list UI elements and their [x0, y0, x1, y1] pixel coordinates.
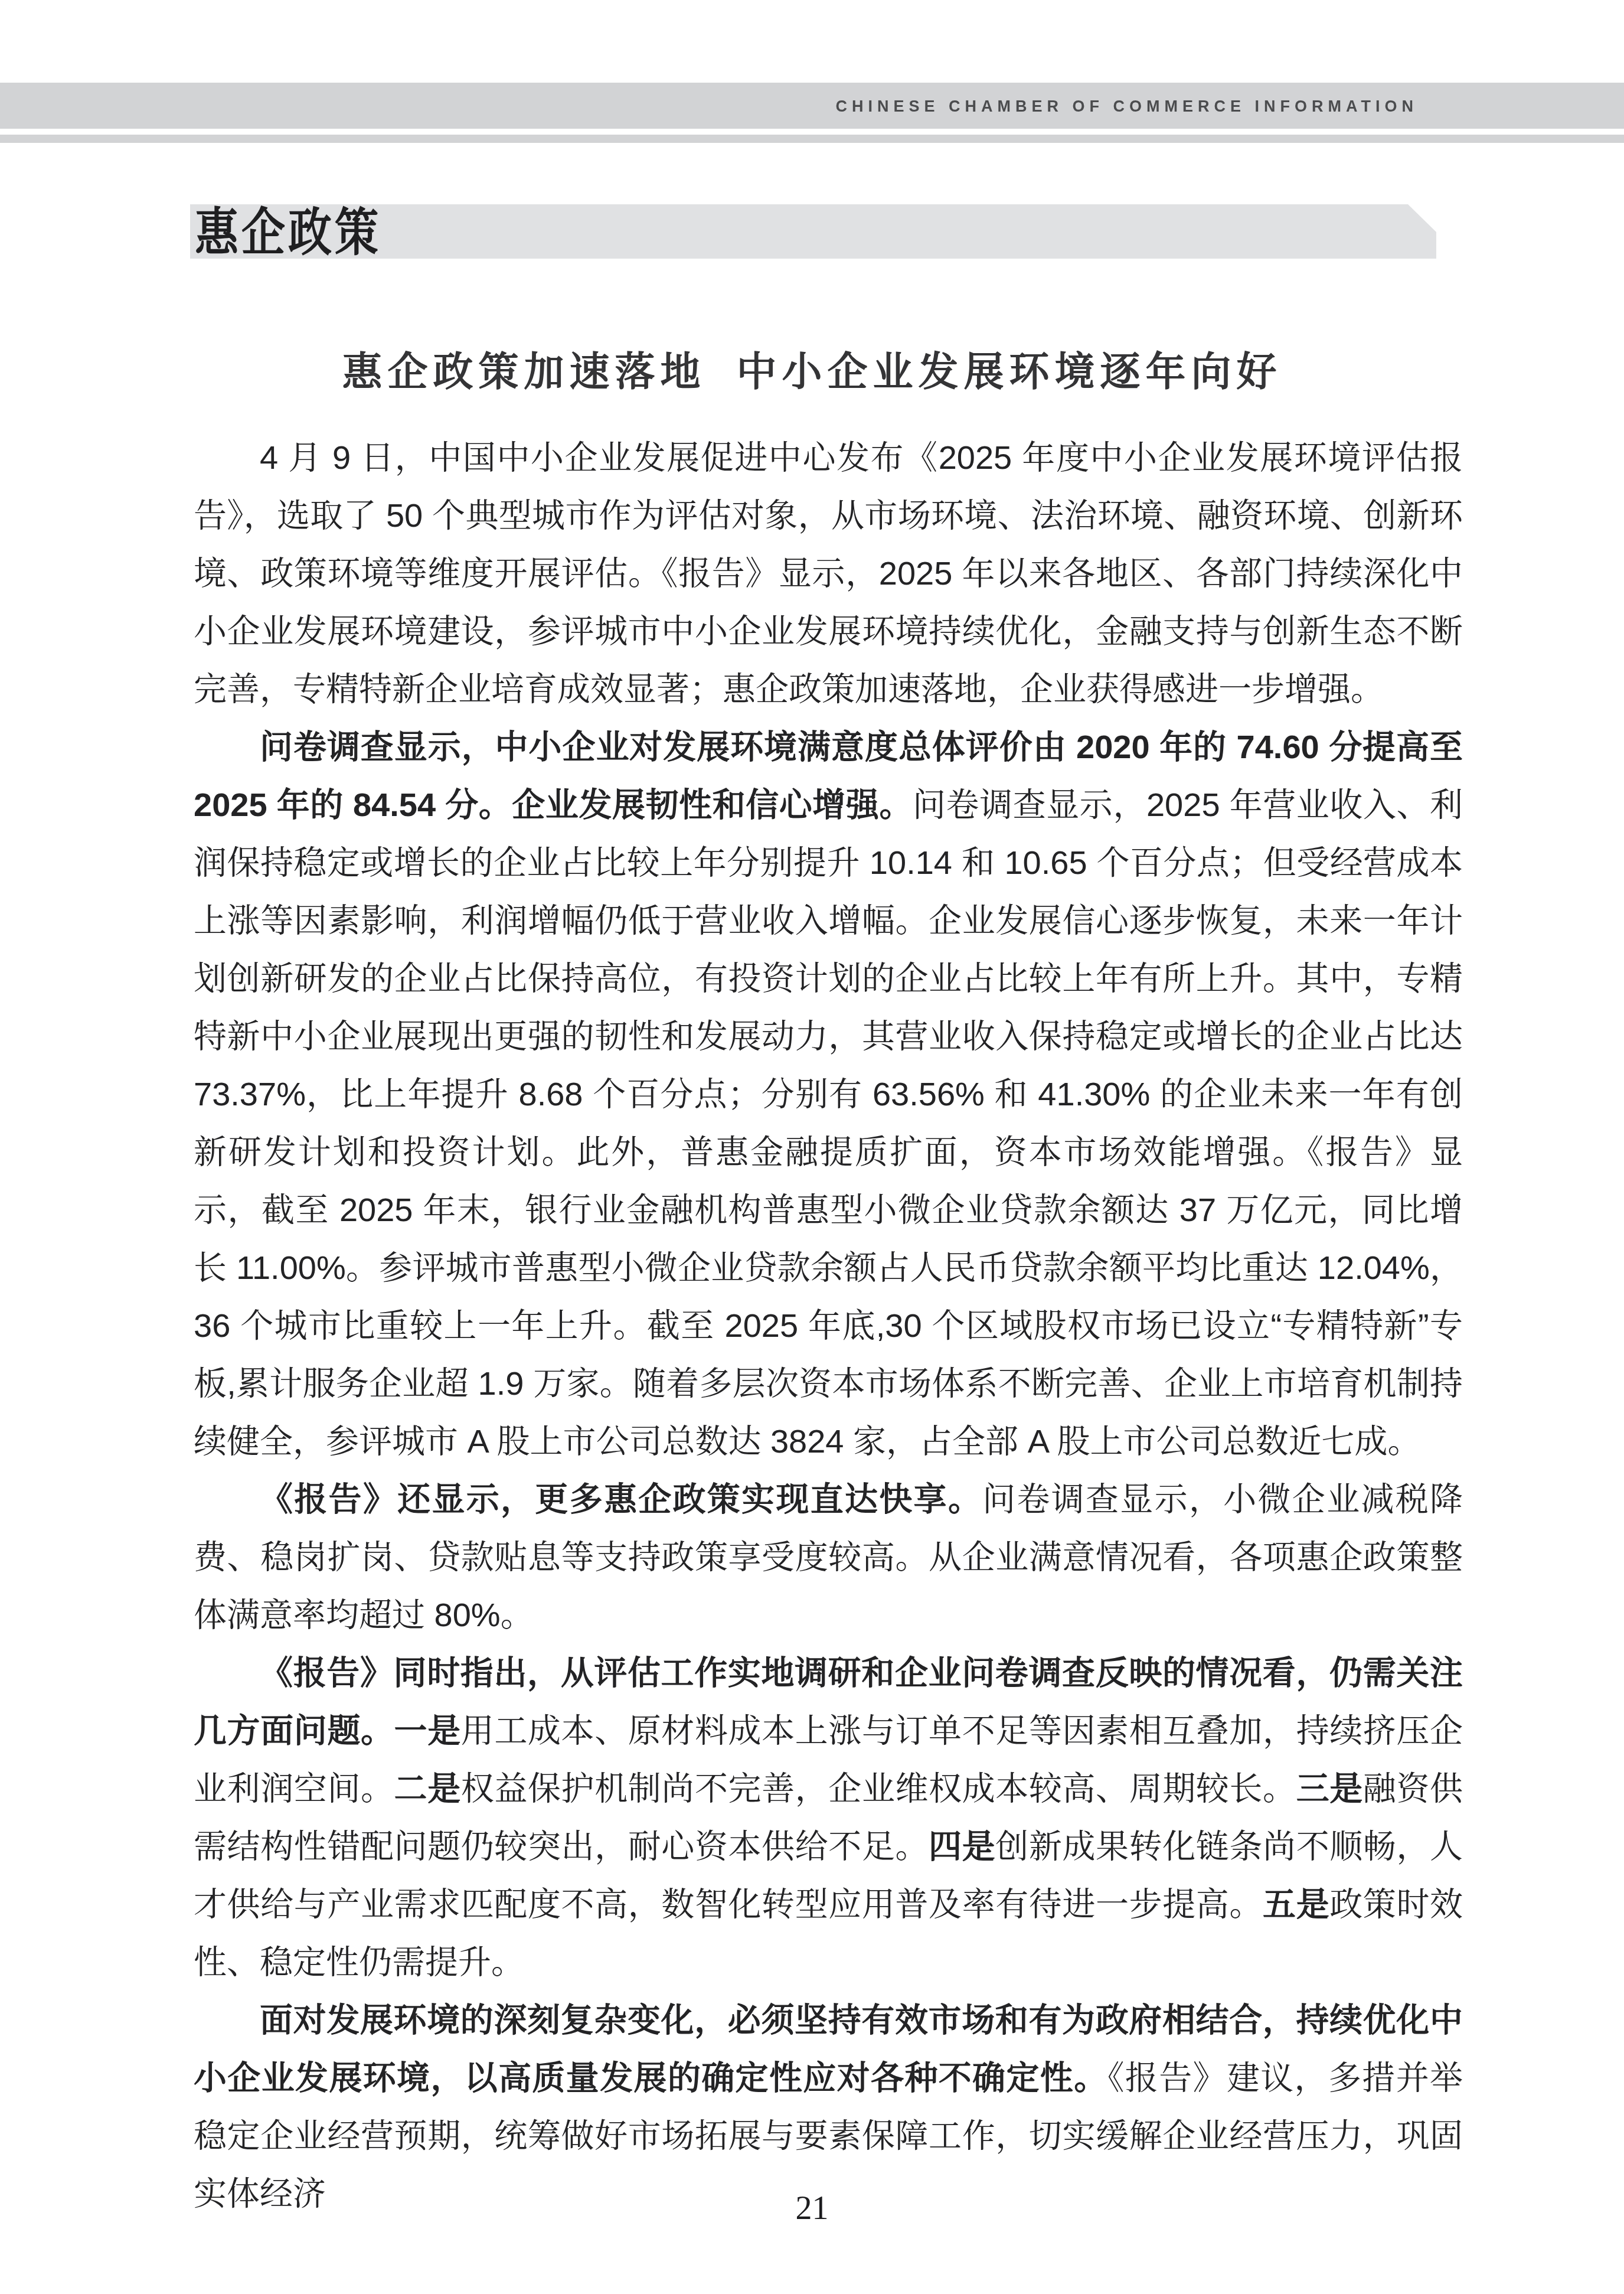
bold-text-segment: 三是 [1296, 1770, 1363, 1807]
article-paragraph: 《报告》还显示，更多惠企政策实现直达快享。问卷调查显示，小微企业减税降费、稳岗扩… [194, 1470, 1463, 1644]
text-segment: 问卷调查显示，2025 年营业收入、利润保持稳定或增长的企业占比较上年分别提升 … [194, 786, 1463, 1460]
text-segment: 4 月 9 日，中国中小企业发展促进中心发布《2025 年度中小企业发展环境评估… [194, 439, 1463, 707]
article-paragraph: 4 月 9 日，中国中小企业发展促进中心发布《2025 年度中小企业发展环境评估… [194, 429, 1463, 718]
article-title-part2: 中小企业发展环境逐年向好 [737, 350, 1282, 394]
bold-text-segment: 四是 [929, 1828, 995, 1865]
article-body: 4 月 9 日，中国中小企业发展促进中心发布《2025 年度中小企业发展环境评估… [194, 429, 1463, 2223]
section-banner: 惠企政策 [190, 204, 1436, 259]
bold-text-segment: 二是 [394, 1770, 461, 1807]
article-paragraph: 问卷调查显示，中小企业对发展环境满意度总体评价由 2020 年的 74.60 分… [194, 718, 1463, 1470]
bold-text-segment: 《报告》还显示，更多惠企政策实现直达快享。 [260, 1480, 982, 1518]
article-title-part1: 惠企政策加速落地 [342, 350, 705, 394]
header-brand-text: CHINESE CHAMBER OF COMMERCE INFORMATION [836, 83, 1419, 129]
bold-text-segment: 五是 [1263, 1885, 1329, 1923]
text-segment: 权益保护机制尚不完善，企业维权成本较高、周期较长。 [461, 1770, 1296, 1807]
article-paragraph: 《报告》同时指出，从评估工作实地调研和企业问卷调查反映的情况看，仍需关注几方面问… [194, 1644, 1463, 1991]
bold-text-segment: 一是 [394, 1712, 461, 1749]
article-title: 惠企政策加速落地中小企业发展环境逐年向好 [0, 340, 1624, 397]
section-banner-label: 惠企政策 [195, 200, 381, 265]
page-number: 21 [0, 2189, 1624, 2227]
header-divider-bar [0, 135, 1624, 143]
header-bar: CHINESE CHAMBER OF COMMERCE INFORMATION [0, 83, 1624, 129]
article-paragraph: 面对发展环境的深刻复杂变化，必须坚持有效市场和有为政府相结合，持续优化中小企业发… [194, 1991, 1463, 2223]
